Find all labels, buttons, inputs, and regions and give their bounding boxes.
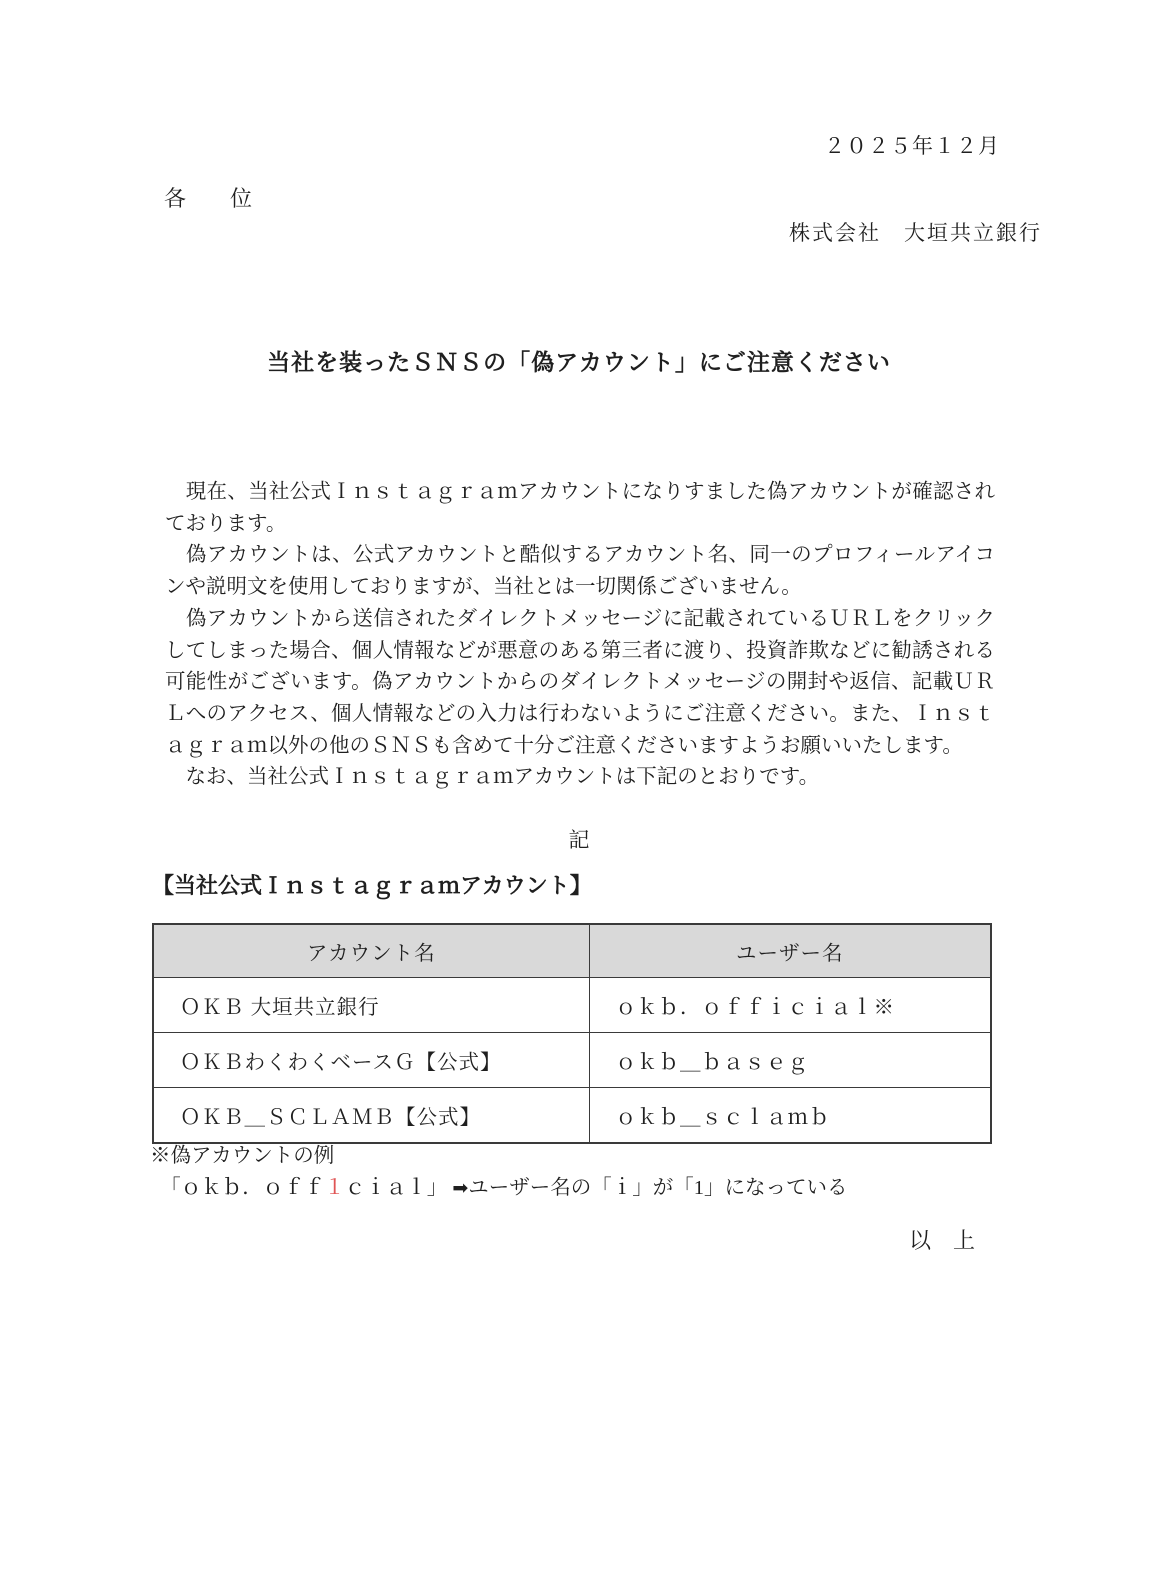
column-header-account-name: アカウント名	[153, 924, 589, 978]
username-cell: ｏｋｂ＿ｂａｓｅｇ	[589, 1033, 991, 1088]
note-explanation: ユーザー名の「ｉ」が「1」になっている	[468, 1177, 847, 1199]
note-red-character: １	[324, 1177, 345, 1199]
official-accounts-table: アカウント名 ユーザー名 ＯＫＢ 大垣共立銀行 ｏｋｂ．ｏｆｆｉｃｉａｌ※ ＯＫ…	[152, 923, 992, 1144]
ki-marker: 記	[165, 824, 993, 854]
document-title: 当社を装ったＳＮＳの「偽アカウント」にご注意ください	[165, 344, 993, 377]
paragraph-3: 偽アカウントから送信されたダイレクトメッセージに記載されているＵＲＬをクリックし…	[165, 604, 995, 763]
note-line-1: ※偽アカウントの例	[150, 1140, 848, 1172]
paragraph-4: なお、当社公式Ｉｎｓｔａｇｒａｍアカウントは下記のとおりです。	[165, 762, 995, 794]
paragraph-1: 現在、当社公式Ｉｎｓｔａｇｒａｍアカウントになりすました偽アカウントが確認されて…	[165, 477, 995, 540]
body-text: 現在、当社公式Ｉｎｓｔａｇｒａｍアカウントになりすました偽アカウントが確認されて…	[165, 477, 995, 794]
account-name-cell: ＯＫＢ 大垣共立銀行	[153, 978, 589, 1033]
column-header-username: ユーザー名	[589, 924, 991, 978]
fake-account-note: ※偽アカウントの例 「ｏｋｂ．ｏｆｆ１ｃｉａｌ」 ➡ユーザー名の「ｉ」が「1」に…	[150, 1140, 848, 1204]
document-page: ２０２５年１２月 各 位 株式会社 大垣共立銀行 当社を装ったＳＮＳの「偽アカウ…	[0, 0, 1170, 1594]
note-line-2: 「ｏｋｂ．ｏｆｆ１ｃｉａｌ」 ➡ユーザー名の「ｉ」が「1」になっている	[150, 1172, 848, 1204]
table-row: ＯＫＢわくわくベースＧ【公式】 ｏｋｂ＿ｂａｓｅｇ	[153, 1033, 991, 1088]
sender-company: 株式会社 大垣共立銀行	[789, 217, 1042, 247]
table-header-row: アカウント名 ユーザー名	[153, 924, 991, 978]
right-arrow-icon: ➡	[452, 1177, 468, 1199]
account-name-cell: ＯＫＢわくわくベースＧ【公式】	[153, 1033, 589, 1088]
paragraph-2: 偽アカウントは、公式アカウントと酷似するアカウント名、同一のプロフィールアイコン…	[165, 540, 995, 603]
username-cell: ｏｋｂ．ｏｆｆｉｃｉａｌ※	[589, 978, 991, 1033]
closing-word: 以 上	[909, 1224, 975, 1255]
account-name-cell: ＯＫＢ＿ＳＣＬＡＭＢ【公式】	[153, 1088, 589, 1144]
table-row: ＯＫＢ＿ＳＣＬＡＭＢ【公式】 ｏｋｂ＿ｓｃｌａｍｂ	[153, 1088, 991, 1144]
section-heading: 【当社公式Ｉｎｓｔａｇｒａｍアカウント】	[152, 869, 592, 900]
username-cell: ｏｋｂ＿ｓｃｌａｍｂ	[589, 1088, 991, 1144]
table-row: ＯＫＢ 大垣共立銀行 ｏｋｂ．ｏｆｆｉｃｉａｌ※	[153, 978, 991, 1033]
note-example-prefix: 「ｏｋｂ．ｏｆｆ	[150, 1177, 324, 1199]
recipient-line: 各 位	[164, 182, 252, 213]
date-line: ２０２５年１２月	[824, 130, 1000, 160]
note-example-suffix: ｃｉａｌ」	[345, 1177, 453, 1199]
